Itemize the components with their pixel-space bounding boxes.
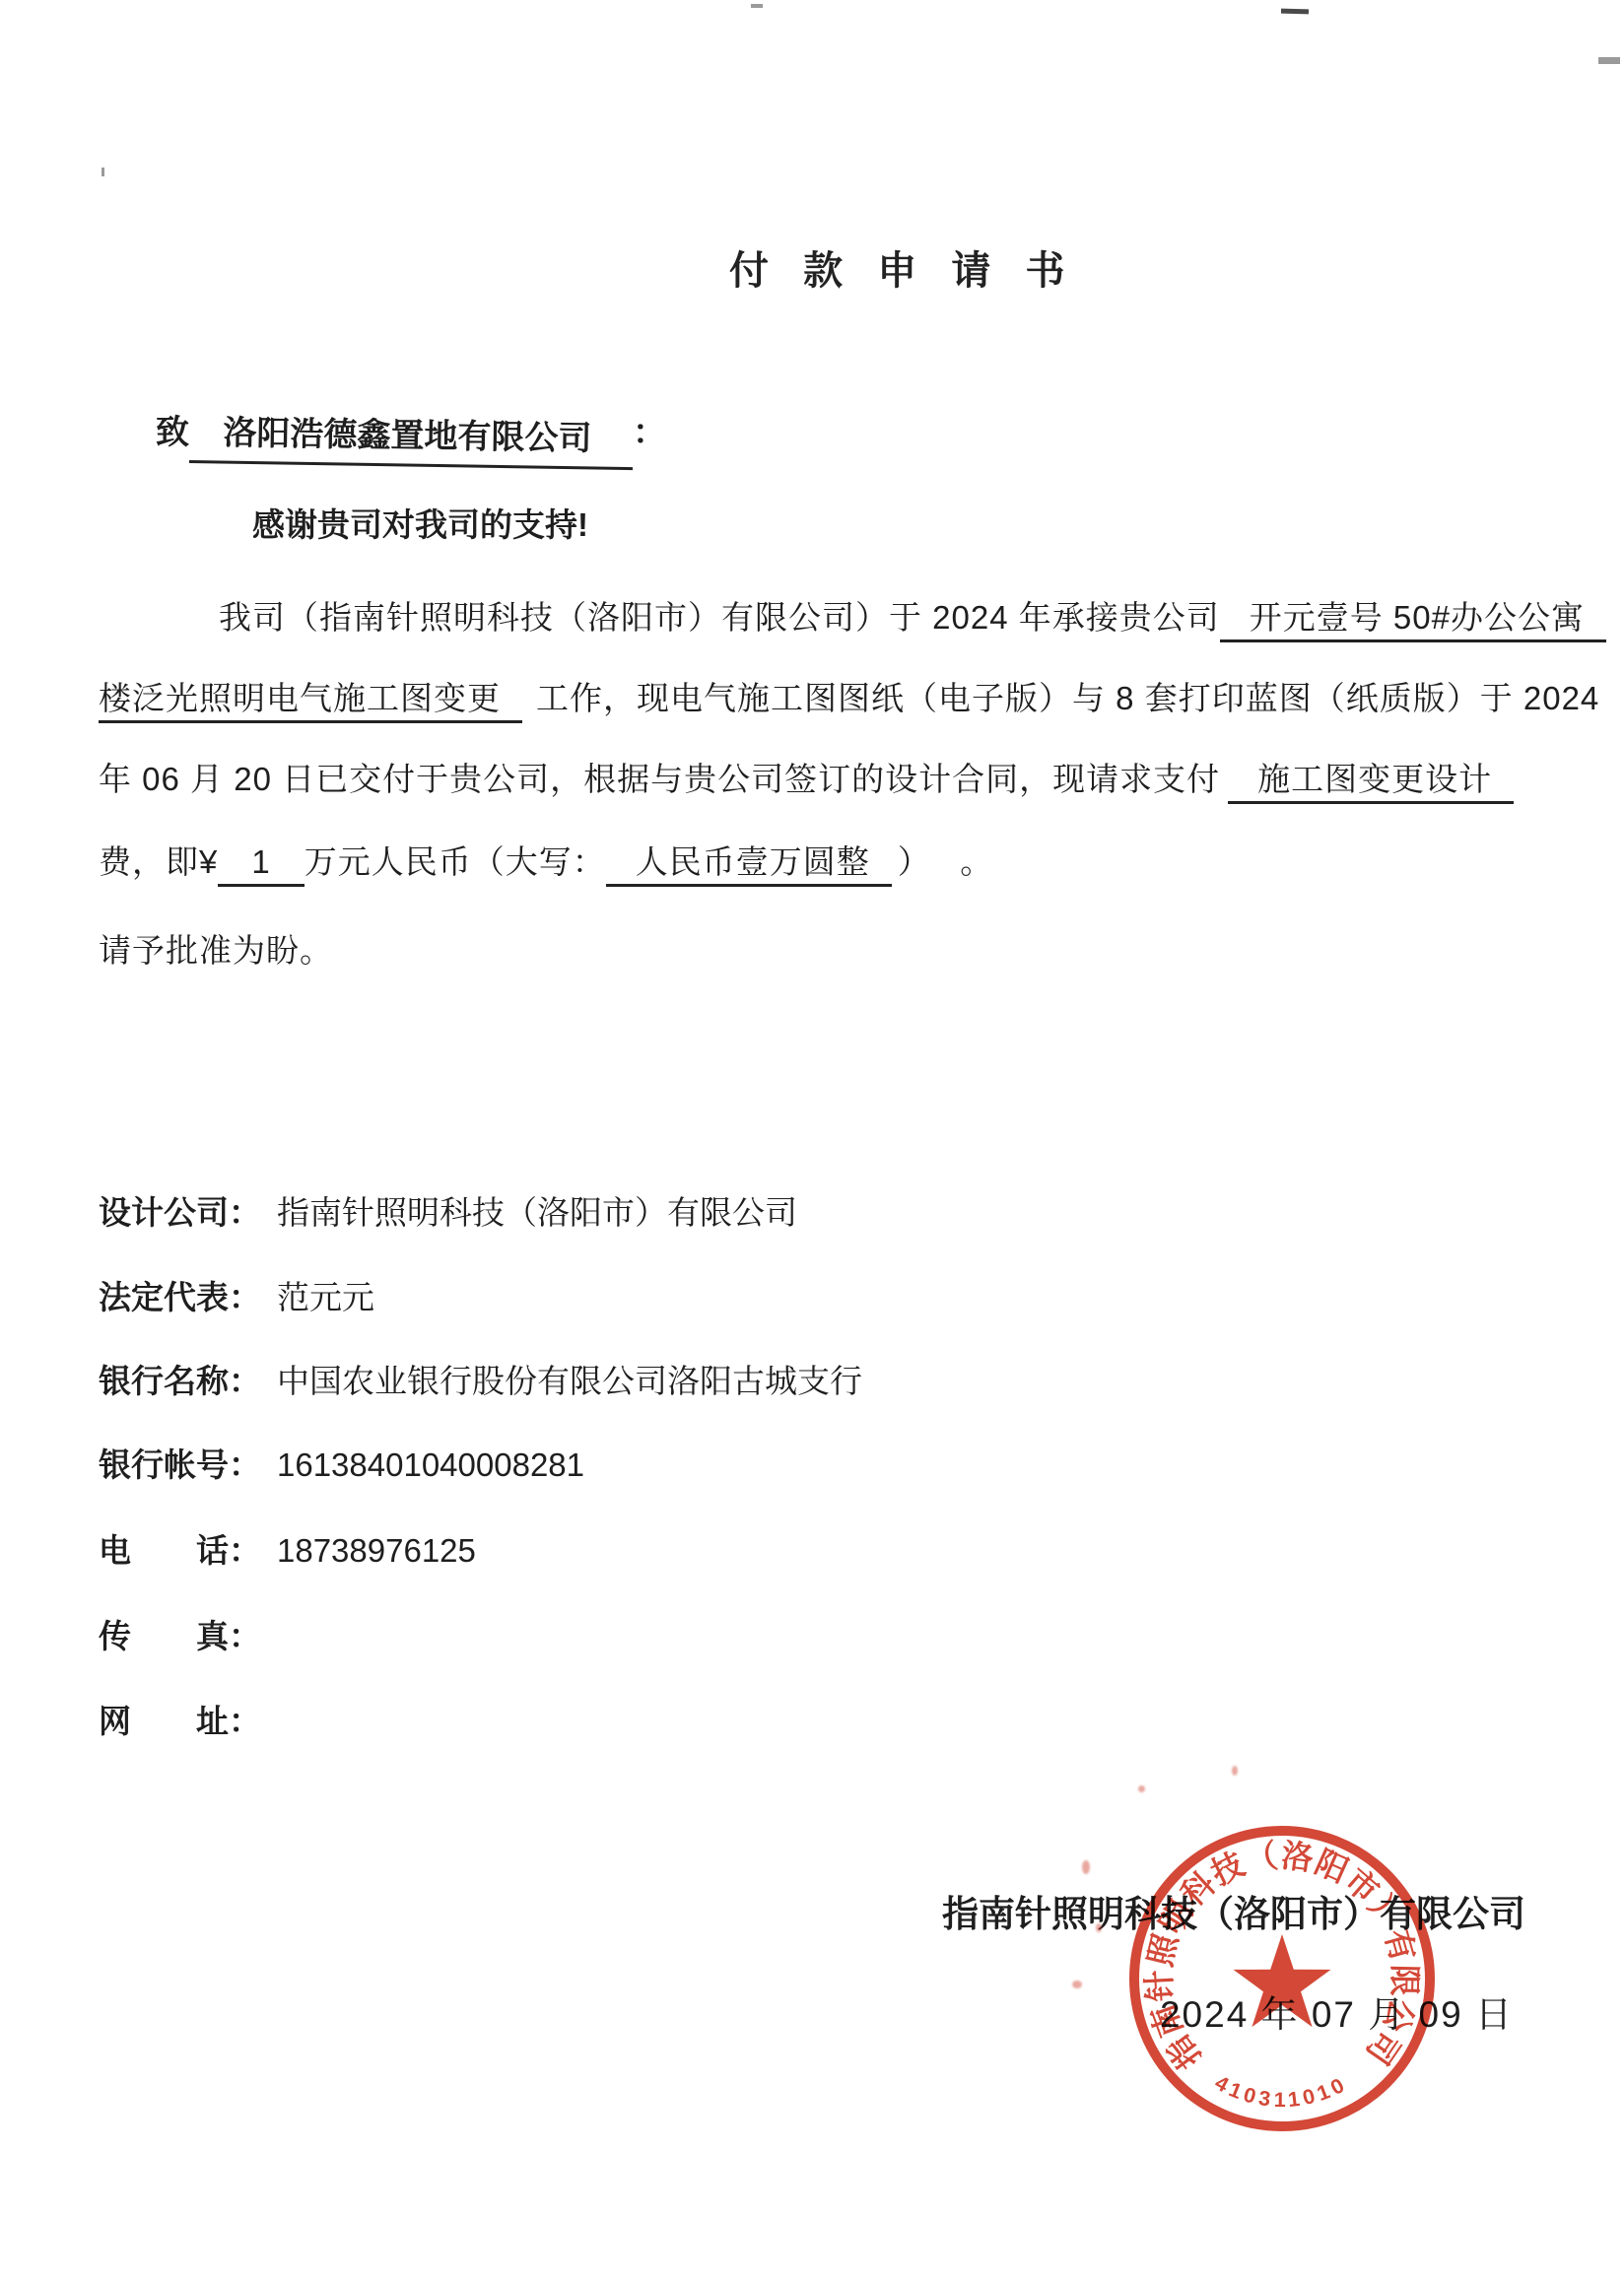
salutation-colon: ： <box>633 414 666 451</box>
thanks-line: 感谢贵司对我司的支持! <box>252 504 588 545</box>
seal-ink-speckle <box>1072 1981 1082 1988</box>
info-label: 电 话： <box>99 1532 261 1569</box>
info-row-phone: 电 话：18738976125 <box>99 1530 476 1571</box>
underlined-run-fee-name: 施工图变更设计 <box>1228 761 1514 804</box>
underlined-run-amount: 1 <box>218 843 304 887</box>
scan-noise-mark <box>1598 57 1620 64</box>
info-label: 银行名称： <box>99 1363 261 1399</box>
seal-ink-speckle <box>1138 1785 1145 1792</box>
info-value: 中国农业银行股份有限公司洛阳古城支行 <box>277 1363 862 1399</box>
salutation-line: 致洛阳浩德鑫置地有限公司： <box>156 412 666 463</box>
paragraph-line-1: 我司（指南针照明科技（洛阳市）有限公司）于 2024 年承接贵公司开元壹号 50… <box>219 597 1606 638</box>
company-seal-stamp: 指南针照明科技（洛阳市）有限公司 4103110108306 <box>1119 1816 1445 2141</box>
info-label: 银行帐号： <box>99 1446 261 1483</box>
text-run: 费，即¥ <box>99 843 218 880</box>
info-label: 传 真： <box>99 1618 261 1654</box>
underlined-run-scope: 楼泛光照明电气施工图变更 <box>99 680 522 723</box>
text-run: 我司（指南针照明科技（洛阳市）有限公司）于 2024 年承接贵公司 <box>219 599 1220 636</box>
info-value: 指南针照明科技（洛阳市）有限公司 <box>277 1194 797 1231</box>
info-value: 18738976125 <box>277 1532 476 1569</box>
closing-line: 请予批准为盼。 <box>99 930 333 971</box>
recipient-name: 洛阳浩德鑫置地有限公司 <box>189 412 634 470</box>
info-row-design-company: 设计公司：指南针照明科技（洛阳市）有限公司 <box>99 1192 797 1233</box>
scan-noise-mark <box>101 168 104 176</box>
document-page: 付 款 申 请 书 致洛阳浩德鑫置地有限公司： 感谢贵司对我司的支持! 我司（指… <box>0 0 1624 2286</box>
info-row-fax: 传 真： <box>99 1616 277 1656</box>
info-label: 法定代表： <box>99 1279 261 1315</box>
paragraph-line-3: 年 06 月 20 日已交付于贵公司，根据与贵公司签订的设计合同，现请求支付施工… <box>99 759 1514 799</box>
seal-ink-speckle <box>1082 1860 1090 1874</box>
paragraph-line-4: 费，即¥1万元人民币（大写：人民币壹万圆整）。 <box>99 841 993 882</box>
info-value: 16138401040008281 <box>277 1446 584 1483</box>
seal-ink-speckle <box>1096 1923 1102 1932</box>
text-run: ） <box>898 843 915 880</box>
info-label: 设计公司： <box>99 1194 261 1231</box>
info-value: 范元元 <box>277 1279 374 1315</box>
info-row-bank-name: 银行名称：中国农业银行股份有限公司洛阳古城支行 <box>99 1361 862 1401</box>
info-row-bank-account: 银行帐号：16138401040008281 <box>99 1445 584 1485</box>
underlined-run-project: 开元壹号 50#办公公寓 <box>1220 599 1606 642</box>
seal-star-icon <box>1234 1934 1331 2027</box>
paragraph-line-2: 楼泛光照明电气施工图变更工作，现电气施工图图纸（电子版）与 8 套打印蓝图（纸质… <box>99 678 1599 718</box>
info-row-website: 网 址： <box>99 1701 277 1741</box>
info-row-legal-representative: 法定代表：范元元 <box>99 1277 374 1317</box>
scan-noise-mark <box>751 4 763 8</box>
info-label: 网 址： <box>99 1703 261 1739</box>
seal-ink-speckle <box>1232 1766 1238 1776</box>
document-title: 付 款 申 请 书 <box>729 246 1076 296</box>
underlined-run-amount-words: 人民币壹万圆整 <box>606 843 892 887</box>
text-run: 工作，现电气施工图图纸（电子版）与 8 套打印蓝图（纸质版）于 2024 <box>536 680 1599 716</box>
text-run: 年 06 月 20 日已交付于贵公司，根据与贵公司签订的设计合同，现请求支付 <box>99 761 1220 797</box>
scan-noise-mark <box>1281 9 1309 15</box>
text-run: 。 <box>960 843 993 880</box>
salutation-prefix: 致 <box>156 414 189 451</box>
seal-graphic: 指南针照明科技（洛阳市）有限公司 4103110108306 <box>1119 1816 1445 2141</box>
text-run: 万元人民币（大写： <box>304 843 606 880</box>
